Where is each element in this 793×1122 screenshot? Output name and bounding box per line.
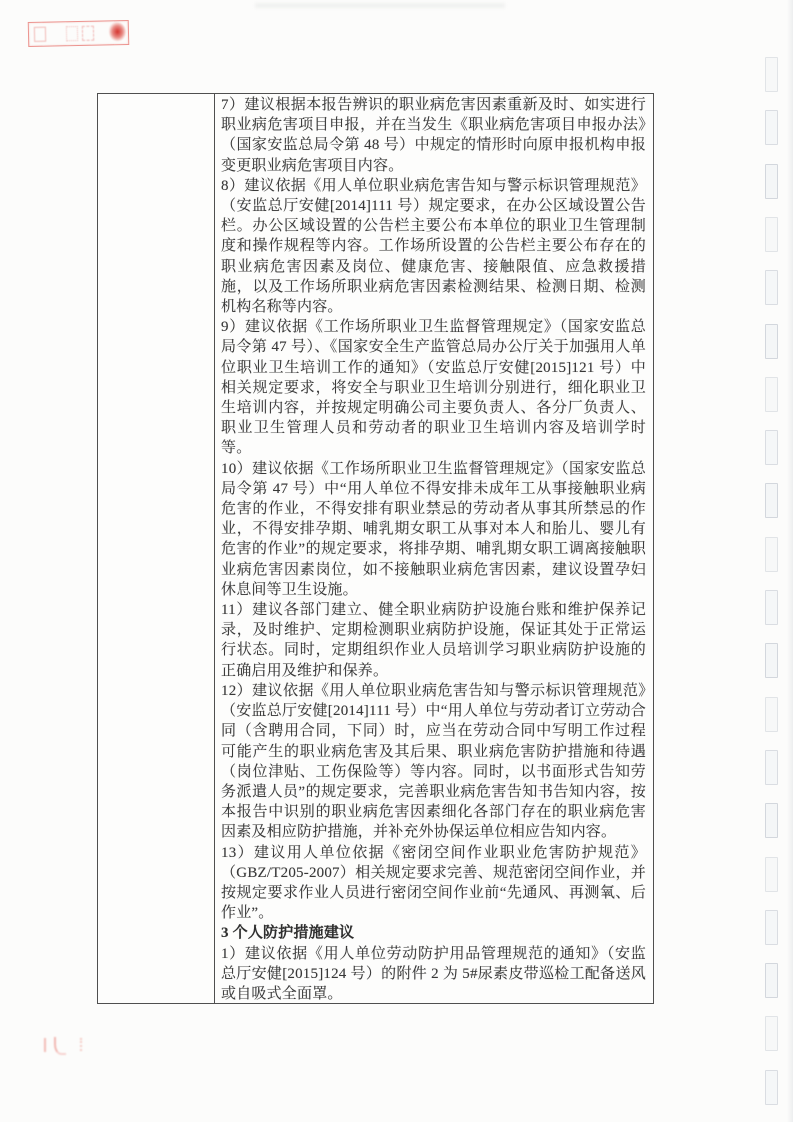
binding-hole-mark xyxy=(765,590,778,625)
binding-hole-mark xyxy=(765,324,778,359)
page-mark-stroke xyxy=(72,1038,82,1051)
red-stamp xyxy=(28,20,130,47)
page-mark-stroke xyxy=(44,1038,46,1052)
binding-hole-mark xyxy=(765,164,778,199)
recommendation-7: 7）建议根据本报告辨识的职业病危害因素重新及时、如实进行职业病危害项目申报，并在… xyxy=(221,95,646,176)
page-mark-stroke xyxy=(54,1037,66,1055)
recommendation-11: 11）建议各部门建立、健全职业病防护设施台账和维护保养记录，及时维护、定期检测职… xyxy=(221,600,646,681)
stamp-glyph-mark xyxy=(66,26,78,41)
binding-hole-mark xyxy=(765,537,778,572)
recommendation-8: 8）建议依据《用人单位职业病危害告知与警示标识管理规范》（安监总厅安健[2014… xyxy=(221,176,646,317)
binding-hole-mark xyxy=(765,963,778,998)
ppe-recommendation-1: 1）建议依据《用人单位劳动防护用品管理规范的通知》（安监总厅安健[2015]12… xyxy=(221,944,646,1003)
binding-hole-mark xyxy=(765,377,778,412)
binding-hole-mark xyxy=(765,857,778,892)
stamp-ink-blob xyxy=(109,22,126,41)
scanner-streak-artifact xyxy=(255,3,505,8)
recommendation-12: 12）建议依据《用人单位职业病危害告知与警示标识管理规范》（安监总厅安健[201… xyxy=(221,681,646,843)
table-cell-left-empty xyxy=(98,94,215,1003)
recommendation-10: 10）建议依据《工作场所职业卫生监督管理规定》（国家安监总局令第 47 号）中“… xyxy=(221,459,646,600)
stamp-glyph-mark xyxy=(82,26,94,41)
stamp-glyph-mark xyxy=(34,27,46,42)
binding-hole-mark xyxy=(765,217,778,252)
page-edge-shadow xyxy=(787,0,793,1122)
binding-hole-mark xyxy=(765,483,778,518)
recommendations-table: 7）建议根据本报告辨识的职业病危害因素重新及时、如实进行职业病危害项目申报，并在… xyxy=(97,93,654,1004)
faint-red-page-mark xyxy=(42,1036,86,1056)
recommendation-13: 13）建议用人单位依据《密闭空间作业职业危害防护规范》（GBZ/T205-200… xyxy=(221,843,646,924)
binding-hole-mark xyxy=(765,57,778,92)
binding-hole-mark xyxy=(765,430,778,465)
recommendation-9: 9）建议依据《工作场所职业卫生监督管理规定》（国家安监总局令第 47 号）、《国… xyxy=(221,317,646,458)
binding-hole-mark xyxy=(765,803,778,838)
binding-hole-mark xyxy=(765,1016,778,1051)
table-cell-recommendations: 7）建议根据本报告辨识的职业病危害因素重新及时、如实进行职业病危害项目申报，并在… xyxy=(215,94,653,1003)
section-heading-personal-protection: 3 个人防护措施建议 xyxy=(221,923,646,943)
binding-hole-mark xyxy=(765,270,778,305)
binding-hole-mark xyxy=(765,643,778,678)
binding-hole-mark xyxy=(765,910,778,945)
binding-hole-mark xyxy=(765,697,778,732)
scanned-document-page: 7）建议根据本报告辨识的职业病危害因素重新及时、如实进行职业病危害项目申报，并在… xyxy=(0,0,793,1122)
binding-hole-mark xyxy=(765,110,778,145)
binding-hole-mark xyxy=(765,750,778,785)
binding-hole-mark xyxy=(765,1070,778,1105)
